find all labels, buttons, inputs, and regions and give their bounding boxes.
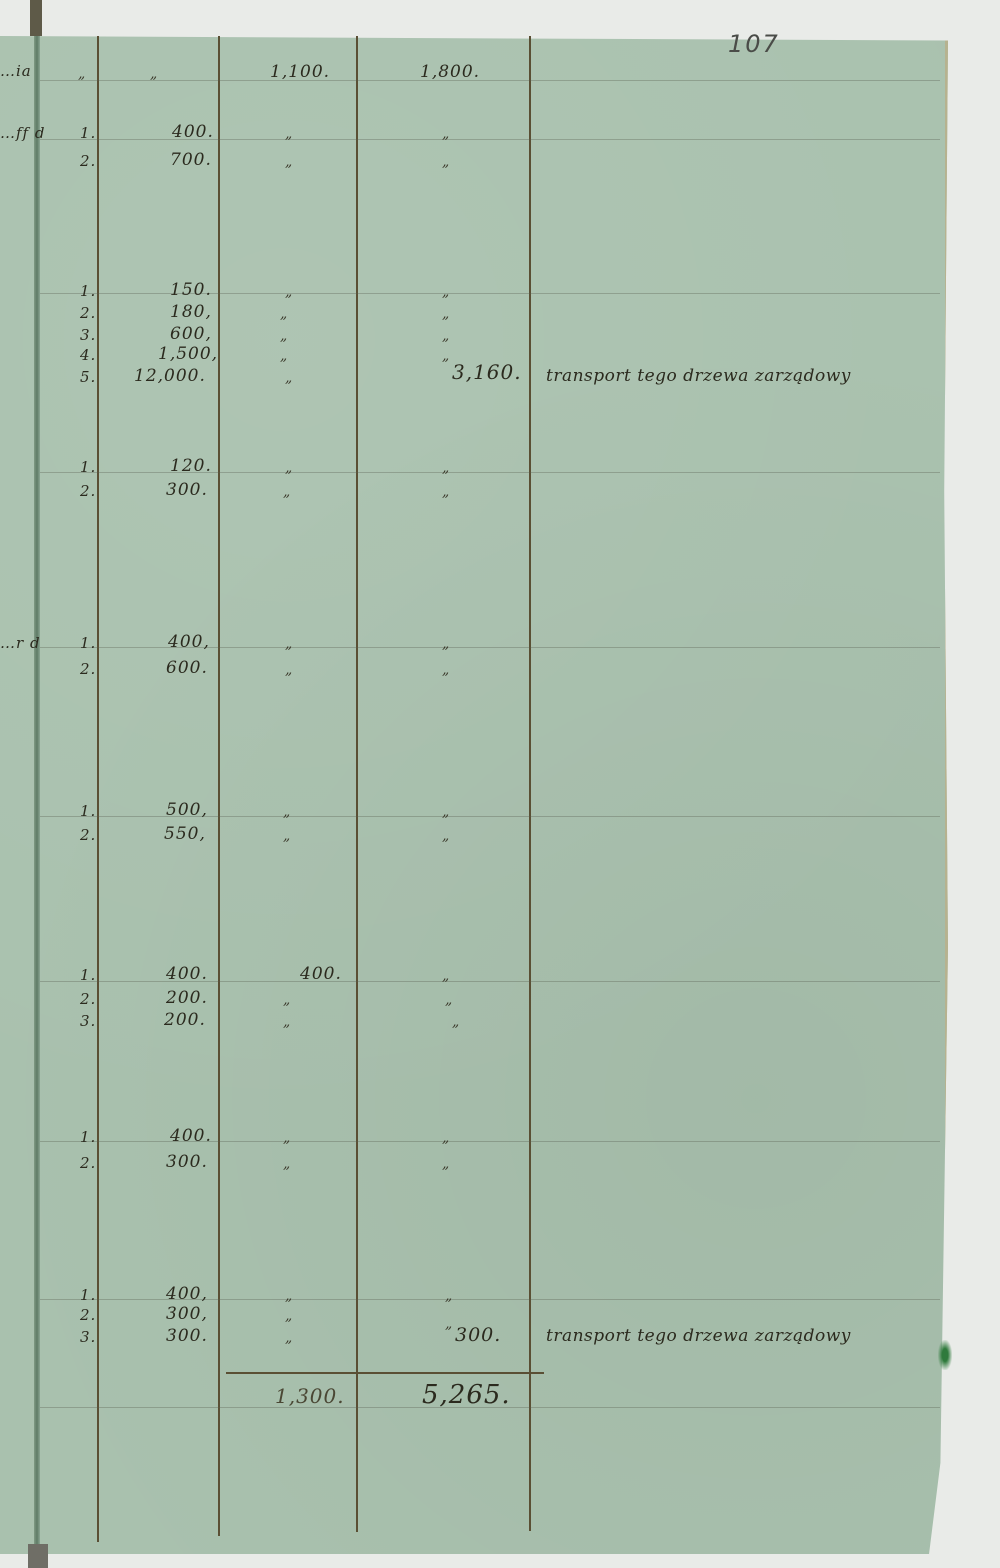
amount-cell: 150. [170,280,212,300]
amount-cell: 400. [170,1126,212,1146]
remark-cell: transport tego drzewa zarządowy [546,1326,851,1346]
amount-cell: 12,000. [134,366,206,386]
binding-clip-top [30,0,42,36]
left-fragment: …r d [0,634,41,652]
index-cell: 2. [80,152,96,170]
index-cell: 3. [80,326,96,344]
index-cell: 4. [80,346,96,364]
column-rule-col3 [356,36,358,1532]
col3-cell: „ [283,828,291,844]
col3-cell: „ [285,370,293,386]
index-cell: 5. [80,368,96,386]
col4-cell: 300. [455,1324,501,1346]
amount-cell: 600, [170,324,212,344]
amount-cell: 400. [166,964,208,984]
col4-cell: „ [442,328,450,344]
col4-cell: „ [442,636,450,652]
amount-cell: 400, [168,632,210,652]
amount-cell: 300. [166,1152,208,1172]
amount-cell: 700. [170,150,212,170]
col4-cell: „ [442,1130,450,1146]
total-col3: 1,300. [275,1384,345,1408]
page-fold [34,36,40,1551]
col4-cell: „ [445,1316,453,1332]
amount-cell: 200. [166,988,208,1008]
col3-cell: „ [285,1330,293,1346]
amount-cell: 300, [166,1304,208,1324]
totals-rule [226,1372,544,1374]
page-number: 107 [728,30,780,58]
amount-cell: 180, [170,302,212,322]
col4-cell: „ [442,460,450,476]
col4-cell: „ [442,1156,450,1172]
col3-cell: „ [285,284,293,300]
col4-cell: „ [452,1014,460,1030]
col3-cell: „ [283,804,291,820]
col3-cell: „ [283,1014,291,1030]
col4-cell: „ [442,968,450,984]
col3-cell: „ [280,348,288,364]
index-cell: 1. [80,124,96,142]
col3-cell: „ [285,154,293,170]
column-rule-amount [218,36,220,1536]
amount-cell: 500, [166,800,208,820]
left-fragment: …ff d [0,124,45,142]
index-cell: 3. [80,1328,96,1346]
index-cell: 2. [80,1154,96,1172]
remark-cell: transport tego drzewa zarządowy [546,366,851,386]
left-fragment: …ia [0,62,32,80]
col4-cell: „ [442,306,450,322]
col3-cell: „ [285,636,293,652]
amount-cell: 300. [166,480,208,500]
index-cell: 1. [80,1128,96,1146]
index-cell: 1. [80,966,96,984]
index-cell: 3. [80,1012,96,1030]
col4-cell: „ [442,126,450,142]
col4-cell: 1,800. [420,62,480,82]
col3-cell: 1,100. [270,62,330,82]
column-rule-col4 [529,36,531,1531]
col3-cell: „ [285,1288,293,1304]
index-cell: 2. [80,660,96,678]
col3-cell: „ [285,126,293,142]
amount-cell: 550, [164,824,206,844]
col4-cell: 3,160. [452,360,522,384]
index-cell: 2. [80,826,96,844]
col4-cell: „ [445,1288,453,1304]
col4-cell: „ [442,804,450,820]
index-cell: 2. [80,482,96,500]
index-cell: 1. [80,458,96,476]
col3-cell: „ [280,306,288,322]
col3-cell: „ [280,328,288,344]
col3-cell: „ [285,1308,293,1324]
col4-cell: „ [442,348,450,364]
binding-clip-bottom [28,1544,48,1568]
col3-cell: „ [283,484,291,500]
index-cell: 1. [80,634,96,652]
amount-cell: 300. [166,1326,208,1346]
index-cell: 2. [80,304,96,322]
amount-cell: 120. [170,456,212,476]
col4-cell: „ [442,828,450,844]
amount-cell: 400. [172,122,214,142]
index-cell: 1. [80,802,96,820]
amount-cell: 200. [164,1010,206,1030]
index-cell: 2. [80,1306,96,1324]
col3-cell: 400. [300,964,342,984]
amount-cell: 1,500, [158,344,218,364]
col4-cell: „ [445,992,453,1008]
index-cell: 1. [80,1286,96,1304]
ruled-line [40,80,940,81]
total-col4: 5,265. [422,1380,511,1410]
col4-cell: „ [442,154,450,170]
ink-stain [938,1340,952,1370]
index-cell: „ [78,66,86,82]
col3-cell: „ [285,460,293,476]
col4-cell: „ [442,662,450,678]
column-rule-index [97,36,99,1542]
index-cell: 1. [80,282,96,300]
amount-cell: „ [150,66,158,82]
index-cell: 2. [80,990,96,1008]
col3-cell: „ [283,992,291,1008]
col4-cell: „ [442,284,450,300]
col3-cell: „ [283,1130,291,1146]
amount-cell: 400, [166,1284,208,1304]
col3-cell: „ [283,1156,291,1172]
amount-cell: 600. [166,658,208,678]
col3-cell: „ [285,662,293,678]
col4-cell: „ [442,484,450,500]
